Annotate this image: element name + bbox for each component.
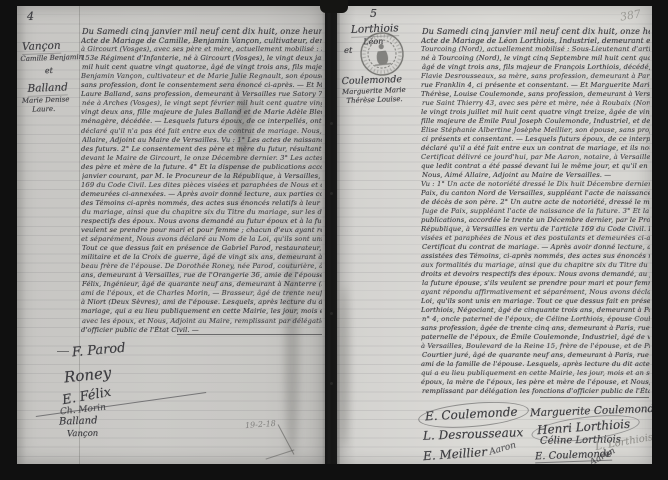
act-line: née à Arches (Vosges), le vingt sept fév… bbox=[82, 99, 322, 108]
margin-note-line: et bbox=[45, 65, 81, 76]
act-line: 169 du Code Civil. Les dites pièces visé… bbox=[81, 181, 322, 190]
act-line: 153e Régiment d'Infanterie, né à Gircour… bbox=[81, 54, 322, 63]
act-line: rue Franklin 4, ci présente et consentan… bbox=[421, 81, 650, 90]
act-line: Laure Balland, sans profession, demeuran… bbox=[81, 90, 322, 99]
act-line: devant le Maire de Gircourt, le onze Déc… bbox=[81, 154, 322, 163]
act-line: avec les époux, et Nous, Adjoint au Mair… bbox=[82, 317, 322, 326]
binding-stitch bbox=[330, 312, 333, 315]
act-line: époux, la mère de l'époux, les père et m… bbox=[421, 378, 650, 387]
register-page-right: 5 387 LorthioisLéon et CoulemondeMarguer… bbox=[337, 6, 652, 464]
act-line: âgé de vingt trois ans, fils majeur de F… bbox=[422, 63, 650, 72]
act-line: assistées des Témoins, ci-après nommés, … bbox=[421, 252, 650, 261]
act-line: janvier courant, par M. le Procureur de … bbox=[82, 172, 322, 181]
act-line: droits et devoirs respectifs des époux. … bbox=[421, 270, 650, 279]
closing-rule bbox=[540, 397, 649, 398]
act-line: des futurs. 2° Le consentement des père … bbox=[81, 145, 322, 154]
margin-note-line: Vançon bbox=[22, 40, 61, 55]
act-line: Du Samedi cinq janvier mil neuf cent dix… bbox=[82, 27, 322, 36]
act-line: Certificat délivré ce jourd'hui, par Me … bbox=[421, 153, 650, 162]
act-line: Tourcoing (Nord), actuellement mobilisé … bbox=[421, 45, 650, 54]
signature: E. Coulemonde bbox=[425, 405, 518, 424]
act-line: Lorthiois, Négociant, âgé de cinquante t… bbox=[421, 306, 650, 315]
act-line: sans profession, dont le consentement se… bbox=[81, 81, 322, 90]
binding-stitch bbox=[330, 382, 333, 385]
binding-stitch bbox=[330, 192, 333, 195]
signature: Aaron bbox=[488, 440, 517, 457]
act-line: mil huit cent quatre vingt quatorze, âgé… bbox=[82, 63, 322, 72]
act-line: que ledit contrat a été passé devant lui… bbox=[421, 162, 650, 171]
register-page-left: 4 VançonCamille BenjaminetBallandMarie D… bbox=[17, 6, 325, 464]
page-number-left: 4 bbox=[27, 10, 34, 23]
act-line: vingt deux ans, fille majeure de Jules B… bbox=[81, 108, 322, 117]
signature: Vançon bbox=[67, 429, 98, 440]
signature-dash bbox=[57, 351, 69, 352]
act-line: fille majeure de Émile Paul Joseph Coule… bbox=[421, 117, 650, 126]
act-line: Flavie Desrousseaux, sa mère, sans profe… bbox=[421, 72, 650, 81]
act-line: ami de l'époux, et de Charles Morin, — B… bbox=[81, 289, 322, 298]
act-line: veulent se prendre pour mari et pour fem… bbox=[81, 226, 322, 235]
act-line: Félix, Ingénieur, âgé de quarante neuf a… bbox=[82, 280, 322, 289]
paper-stain bbox=[339, 286, 349, 446]
act-line: et séparément, Nous avons déclaré au Nom… bbox=[81, 235, 322, 244]
act-line: de décès de son père. 2° Un autre acte d… bbox=[421, 198, 650, 207]
margin-note-line: Thérèse Louise. bbox=[346, 95, 406, 106]
signature: Roney bbox=[63, 364, 112, 387]
pencil-note: 19-2-18 bbox=[245, 419, 276, 430]
act-line: Acte de Mariage de Léon Lorthiois, Indus… bbox=[421, 36, 650, 45]
binding-gutter bbox=[322, 6, 340, 464]
pencil-folio-number: 387 bbox=[619, 7, 642, 23]
act-line: ci présents et consentant. — Lesquels fu… bbox=[422, 135, 650, 144]
act-line: beau frère de l'épouse. De Dorothée Rone… bbox=[81, 262, 322, 271]
act-line: ami de la famille de l'épouse. Lesquels,… bbox=[421, 360, 650, 369]
act-line: déclaré qu'il a été fait entre eux un co… bbox=[421, 144, 650, 153]
signature: L. Desrousseaux bbox=[423, 425, 524, 442]
act-line: Thérèse, Louise Coulemonde, sans profess… bbox=[421, 90, 650, 99]
act-line: Vu : 1° Un acte de notoriété dressé le D… bbox=[421, 180, 650, 189]
act-line: des Témoins ci-après nommés, des actes s… bbox=[81, 199, 322, 208]
act-line: Courtier juré, âgé de quarante neuf ans,… bbox=[422, 351, 650, 360]
act-line: qui a eu lieu publiquement en cette Mair… bbox=[421, 369, 650, 378]
act-line: la future épouse, s'ils veulent se prend… bbox=[422, 279, 650, 288]
act-line: paternelle de l'époux, de Émile Coulemon… bbox=[421, 333, 650, 342]
register-scan: 4 VançonCamille BenjaminetBallandMarie D… bbox=[0, 0, 668, 480]
act-line: à Niort (Deux Sèvres), ami de l'épouse. … bbox=[81, 298, 322, 307]
act-line: Acte de Mariage de Camille, Benjamin Van… bbox=[81, 36, 322, 45]
act-line: respectifs des époux. Nous avons demandé… bbox=[81, 217, 322, 226]
act-line: des père et mère de la future. 4° Et la … bbox=[81, 163, 322, 172]
act-line: aux formalités du mariage, ainsi que du … bbox=[421, 261, 650, 270]
act-line: Élise Stéphanie Albertine Josèphe Meilli… bbox=[421, 126, 650, 135]
act-line: République, à Versailles en vertu de l'a… bbox=[421, 225, 650, 234]
act-line: Loi, qu'ils sont unis en mariage. Tout c… bbox=[421, 297, 650, 306]
margin-note-line: Laure. bbox=[32, 104, 82, 114]
act-line: ayant répondu affirmativement et séparém… bbox=[421, 288, 650, 297]
signature: E. Meillier bbox=[423, 445, 488, 463]
margin-note-right-bride: CoulemondeMarguerite MarieThérèse Louise… bbox=[342, 74, 407, 106]
act-line: Paix, du canton Nord de Versailles, supp… bbox=[421, 189, 650, 198]
act-line: demeurées ci-annexées. — Après avoir don… bbox=[81, 190, 322, 199]
binding-top-shadow bbox=[320, 0, 348, 13]
official-stamp-icon bbox=[357, 29, 408, 80]
act-line: du mariage, ainsi que du chapitre six du… bbox=[82, 208, 322, 217]
act-line: sans profession, âgée de trente cinq ans… bbox=[421, 324, 650, 333]
act-line: Allaire, Adjoint au Maire de Versailles.… bbox=[82, 136, 322, 145]
act-line: Benjamin Vançon, cultivateur et de Marie… bbox=[81, 72, 322, 81]
act-line: à Gircourt (Vosges), avec ses père et mè… bbox=[81, 45, 322, 54]
margin-et: et bbox=[344, 46, 352, 56]
signature: F. Parod bbox=[71, 341, 126, 361]
act-line: ans, demeurant à Versailles, rue de l'Or… bbox=[81, 271, 322, 280]
act-line: déclaré qu'il n'a pas été fait entre eux… bbox=[81, 127, 322, 136]
act-line: le vingt trois juillet mil huit cent qua… bbox=[421, 108, 650, 117]
act-line: Du Samedi cinq janvier mil neuf cent dix… bbox=[422, 27, 650, 36]
signature: Balland bbox=[59, 415, 98, 427]
closing-rule bbox=[177, 334, 322, 335]
margin-note-line: Camille Benjamin bbox=[20, 53, 80, 64]
margin-note-left: VançonCamille BenjaminetBallandMarie Den… bbox=[20, 33, 83, 115]
act-line: né à Tourcoing (Nord), le vingt cinq Sep… bbox=[421, 54, 650, 63]
act-text-left: Du Samedi cinq janvier mil neuf cent dix… bbox=[81, 27, 322, 335]
act-text-right: Du Samedi cinq janvier mil neuf cent dix… bbox=[421, 27, 650, 396]
act-line: mariage, qui a eu lieu publiquement en c… bbox=[81, 307, 322, 316]
act-line: Juge de Paix, suppléant l'acte de naissa… bbox=[422, 207, 650, 216]
binding-stitch bbox=[330, 122, 333, 125]
act-line: Nous, Aimé Allaire, Adjoint au Maire de … bbox=[422, 171, 650, 180]
act-line: n° 4, oncle paternel de l'époux, de Céli… bbox=[422, 315, 650, 324]
act-line: à Versailles, Boulevard de la Reine 15, … bbox=[421, 342, 650, 351]
act-line: Certificat du contrat de mariage. — Aprè… bbox=[422, 243, 650, 252]
act-line: visées et paraphées de Nous et des postu… bbox=[421, 234, 650, 243]
act-line: Tout ce que dessus fait en présence de G… bbox=[82, 244, 322, 253]
margin-note-line: Balland bbox=[27, 81, 68, 97]
act-line: remplissant par délégation les fonctions… bbox=[422, 387, 650, 396]
act-line: militaire et de la Croix de guerre, âgé … bbox=[81, 253, 322, 262]
act-line: rue Saint Thierry 43, avec ses père et m… bbox=[422, 99, 650, 108]
act-line: publications, accordée le trente un Déce… bbox=[421, 216, 650, 225]
act-line: ménagère, décédée. — Lesquels futurs épo… bbox=[81, 117, 322, 126]
